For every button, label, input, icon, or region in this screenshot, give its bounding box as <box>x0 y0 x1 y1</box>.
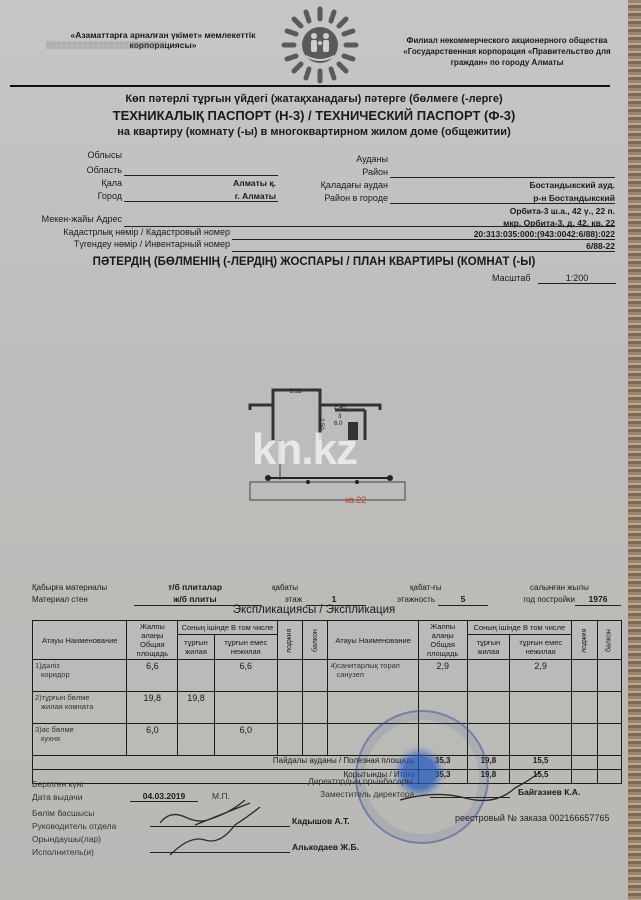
room-balcony <box>597 692 621 724</box>
floor-label-kz: қабаты <box>272 583 298 592</box>
room-nonliving <box>214 692 277 724</box>
sun-family-logo-icon <box>280 5 360 85</box>
year-built-label-ru: год постройки <box>500 595 575 604</box>
explication-table: Атауы Наименование Жалпы алаңы Общая пло… <box>32 620 622 784</box>
oblast-underline <box>124 175 278 176</box>
room-nonliving <box>510 724 572 756</box>
cadastral-label: Кадастрлық нөмір / Кадастровый номер <box>30 227 230 237</box>
dim-side: 2.40 <box>334 405 346 411</box>
header-total-right: Жалпы алаңы Общая площадь <box>418 621 467 660</box>
wall-material-label-ru: Материал стен <box>32 595 88 604</box>
scale-value: 1:200 <box>538 273 616 284</box>
room-name-ru: коридор <box>35 670 124 679</box>
table-row: 1)дәлізкоридор6,66,64)санитарлық торапса… <box>33 660 622 692</box>
room-name-ru: санузел <box>330 670 415 679</box>
floors-count-label-ru: этажность <box>375 595 435 604</box>
wall-material-value-ru: ж/б плиты <box>130 594 260 604</box>
header-total-left: Жалпы алаңы Общая площадь <box>127 621 178 660</box>
city-district-value-ru: р-н Бостандыкский <box>390 193 615 203</box>
inventory-value: 6/88-22 <box>300 241 615 251</box>
plan-title: ПӘТЕРДІҢ (БӨЛМЕНІҢ (-ЛЕРДІҢ) ЖОСПАРЫ / П… <box>0 256 628 268</box>
grand-loggia <box>572 770 597 784</box>
explication-title: Экспликациясы / Экспликация <box>0 604 628 616</box>
header-loggia-right: лоджия <box>572 621 597 660</box>
room-name: 1)дәлізкоридор <box>33 660 127 692</box>
executor-name: Алькодаев Ж.Б. <box>292 842 359 852</box>
city-underline <box>124 201 278 202</box>
city-district-label-kz: Қаладағы аудан <box>300 180 388 190</box>
room-nonliving: 6,0 <box>214 724 277 756</box>
room-loggia <box>277 724 302 756</box>
issue-date-label-ru: Дата выдачи <box>32 792 83 802</box>
room-living <box>467 692 510 724</box>
table-row: 2)тұрғын бөлмежилая комната19,819,8 <box>33 692 622 724</box>
floor-label-ru: этаж <box>272 595 302 604</box>
header-incl-right: Соның ішінде В том числе <box>467 621 572 635</box>
room-loggia <box>572 692 597 724</box>
room-balcony <box>303 660 328 692</box>
apartment-mark: кв.22 <box>345 495 366 505</box>
grand-balcony <box>597 770 621 784</box>
oblast-label-ru: Область <box>40 165 122 175</box>
room-loggia <box>572 660 597 692</box>
useful-balcony <box>597 756 621 770</box>
room-balcony <box>597 724 621 756</box>
table-row: 3)ас бөлмекухня6,06,0 <box>33 724 622 756</box>
cadastral-value: 20:313:035:000:(943:0042:6/88):022 <box>300 229 615 239</box>
header-nonliving-right: тұрғын емес нежилая <box>510 635 572 660</box>
header-nonliving-left: тұрғын емес нежилая <box>214 635 277 660</box>
city-value-kz: Алматы қ. <box>124 178 276 188</box>
useful-loggia <box>572 756 597 770</box>
table-header-row: Атауы Наименование Жалпы алаңы Общая пло… <box>33 621 622 635</box>
district-label-kz: Ауданы <box>300 154 388 164</box>
room-name-ru: кухня <box>35 734 124 743</box>
dept-head-label-ru: Руководитель отдела <box>32 821 116 831</box>
room-living <box>178 724 215 756</box>
room-nonliving: 6,6 <box>214 660 277 692</box>
room-name: 2)тұрғын бөлмежилая комната <box>33 692 127 724</box>
room-label: 3 <box>338 414 341 420</box>
room-total: 6,0 <box>127 724 178 756</box>
room-living <box>178 660 215 692</box>
room-total: 6,6 <box>127 660 178 692</box>
city-district-value-kz: Бостандыкский ауд. <box>390 180 615 190</box>
room-balcony <box>303 692 328 724</box>
room-name-kz: 2)тұрғын бөлме <box>35 693 124 702</box>
city-label-kz: Қала <box>40 178 122 188</box>
useful-area-row: Пайдалы ауданы / Полезная площадь 35,3 1… <box>33 756 622 770</box>
year-built-value: 1976 <box>575 594 621 604</box>
room-name-kz: 4)санитарлық торап <box>330 661 415 670</box>
city-district-underline <box>390 203 615 204</box>
header-living-left: тұрғын жилая <box>178 635 215 660</box>
address-value-kz: Орбита-3 ш.а., 42 ү., 22 п. <box>300 206 615 216</box>
district-underline <box>390 177 615 178</box>
room-name-ru: жилая комната <box>35 702 124 711</box>
room-balcony <box>303 724 328 756</box>
watermark: kn.kz <box>252 425 357 475</box>
floor-value: 1 <box>304 594 364 604</box>
room-nonliving: 2,9 <box>510 660 572 692</box>
issue-date-label-kz: Берілген күні <box>32 779 83 789</box>
wall-material-value-kz: т/б плиталар <box>130 582 260 592</box>
room-name: 3)ас бөлмекухня <box>33 724 127 756</box>
address-label: Мекен-жайы Адрес <box>30 214 122 224</box>
signature-marks <box>150 795 280 865</box>
registry-number: реестровый № заказа 002166657765 <box>455 813 609 823</box>
header-loggia-left: лоджия <box>277 621 302 660</box>
city-label-ru: Город <box>40 191 122 201</box>
room-total: 2,9 <box>418 660 467 692</box>
header-left-faded-text: ▒▒▒▒▒▒▒▒▒▒▒▒▒▒▒▒▒▒▒▒▒▒▒ <box>46 42 276 49</box>
header-living-right: тұрғын жилая <box>467 635 510 660</box>
district-label-ru: Район <box>300 167 388 177</box>
background-edge <box>628 0 641 900</box>
header-name-right: Атауы Наименование <box>328 621 418 660</box>
room-living: 19,8 <box>178 692 215 724</box>
room-name-kz: 3)ас бөлме <box>35 725 124 734</box>
header-incl-left: Соның ішінде В том числе <box>178 621 278 635</box>
room-name: 4)санитарлық торапсанузел <box>328 660 418 692</box>
room-loggia <box>572 724 597 756</box>
header-divider <box>10 85 610 87</box>
room-living <box>467 660 510 692</box>
inventory-label: Түгендеу нөмір / Инвентарный номер <box>30 239 230 249</box>
useful-nonliving: 15,5 <box>510 756 572 770</box>
scale-label: Масштаб <box>492 273 531 283</box>
header-balcony-left: балкон <box>303 621 328 660</box>
executor-label-ru: Исполнитель(и) <box>32 847 94 857</box>
city-value-ru: г. Алматы <box>124 191 276 201</box>
floors-count-label-kz: қабат-ғы <box>410 583 442 592</box>
room-name-kz: 1)дәліз <box>35 661 124 670</box>
dept-head-label-kz: Бөлім басшысы <box>32 808 94 818</box>
floors-count-value: 5 <box>438 594 488 604</box>
header-name-left: Атауы Наименование <box>33 621 127 660</box>
executor-label-kz: Орындаушы(лар) <box>32 834 101 844</box>
room-balcony <box>597 660 621 692</box>
director-signature-mark <box>395 770 545 810</box>
city-district-label-ru: Район в городе <box>300 193 388 203</box>
cadastral-underline <box>232 239 615 240</box>
title-ru: на квартиру (комнату (-ы) в многоквартир… <box>0 126 628 138</box>
title-kz: Көп пәтерлі тұрғын үйдегі (жатақханадағы… <box>0 93 628 105</box>
dim-top: 2.52 <box>290 389 302 395</box>
dept-head-name: Кадышов А.Т. <box>292 816 350 826</box>
header-right-org: Филиал некоммерческого акционерного обще… <box>392 35 622 68</box>
year-built-label-kz: салынған жылы <box>530 583 589 592</box>
room-total: 19,8 <box>127 692 178 724</box>
inventory-underline <box>232 251 615 252</box>
room-loggia <box>277 660 302 692</box>
oblast-label-kz: Облысы <box>40 150 122 160</box>
title-main: ТЕХНИКАЛЫҚ ПАСПОРТ (Н-3) / ТЕХНИЧЕСКИЙ П… <box>0 108 628 123</box>
header-balcony-right: балкон <box>597 621 621 660</box>
room-loggia <box>277 692 302 724</box>
wall-material-label-kz: Қабырға материалы <box>32 583 107 592</box>
room-nonliving <box>510 692 572 724</box>
